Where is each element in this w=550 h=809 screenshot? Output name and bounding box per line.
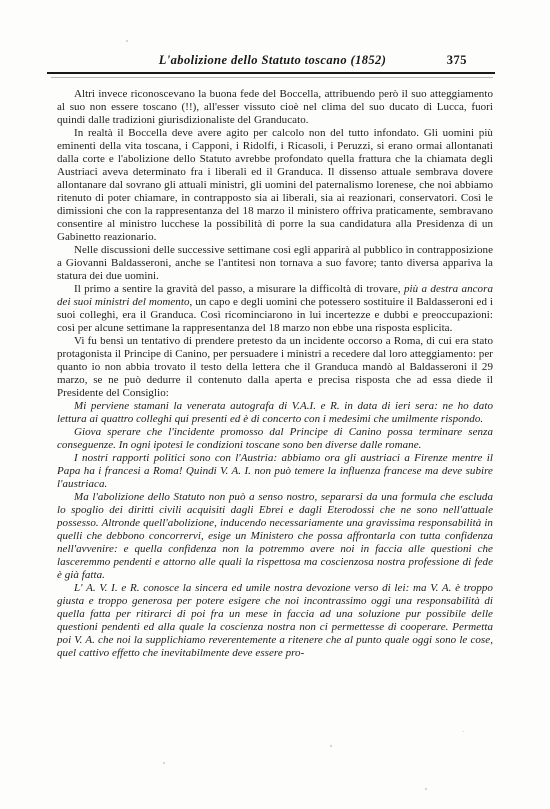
text-run: In realtà il Boccella deve avere agito p… — [57, 127, 493, 243]
paragraph: Nelle discussioni delle successive setti… — [57, 244, 493, 283]
body-text: Altri invece riconoscevano la buona fede… — [57, 88, 493, 660]
text-run: L' A. V. I. e R. conosce la sincera ed u… — [57, 582, 493, 659]
paragraph: Vi fu bensì un tentativo di prendere pre… — [57, 335, 493, 400]
scan-speck — [163, 762, 165, 764]
scan-speck — [425, 788, 427, 790]
paragraph: Ma l'abolizione dello Statuto non può a … — [57, 491, 493, 582]
running-title: L'abolizione dello Statuto toscano (1852… — [50, 53, 495, 68]
text-run: Mi perviene stamani la venerata autograf… — [57, 400, 493, 425]
scan-speck — [463, 731, 464, 732]
page-number: 375 — [447, 53, 467, 68]
paragraph: L' A. V. I. e R. conosce la sincera ed u… — [57, 582, 493, 660]
scanned-book-page: L'abolizione dello Statuto toscano (1852… — [0, 0, 550, 809]
paragraph: I nostri rapporti politici sono con l'Au… — [57, 452, 493, 491]
text-run: Giova sperare che l'incidente promosso d… — [57, 426, 493, 451]
paragraph: Il primo a sentire la gravità del passo,… — [57, 283, 493, 335]
header-rule — [47, 72, 495, 74]
paragraph: Giova sperare che l'incidente promosso d… — [57, 426, 493, 452]
text-run: Ma l'abolizione dello Statuto non può a … — [57, 491, 493, 581]
text-run: Vi fu bensì un tentativo di prendere pre… — [57, 335, 493, 399]
text-run: Nelle discussioni delle successive setti… — [57, 244, 493, 282]
scan-speck — [330, 745, 332, 747]
text-run: Altri invece riconoscevano la buona fede… — [57, 88, 493, 126]
scan-speck — [126, 40, 128, 42]
paragraph: In realtà il Boccella deve avere agito p… — [57, 127, 493, 244]
text-run: I nostri rapporti politici sono con l'Au… — [57, 452, 493, 490]
paragraph: Mi perviene stamani la venerata autograf… — [57, 400, 493, 426]
page-header: L'abolizione dello Statuto toscano (1852… — [50, 53, 495, 71]
text-run: Il primo a sentire la gravità del passo,… — [74, 283, 404, 295]
paragraph: Altri invece riconoscevano la buona fede… — [57, 88, 493, 127]
